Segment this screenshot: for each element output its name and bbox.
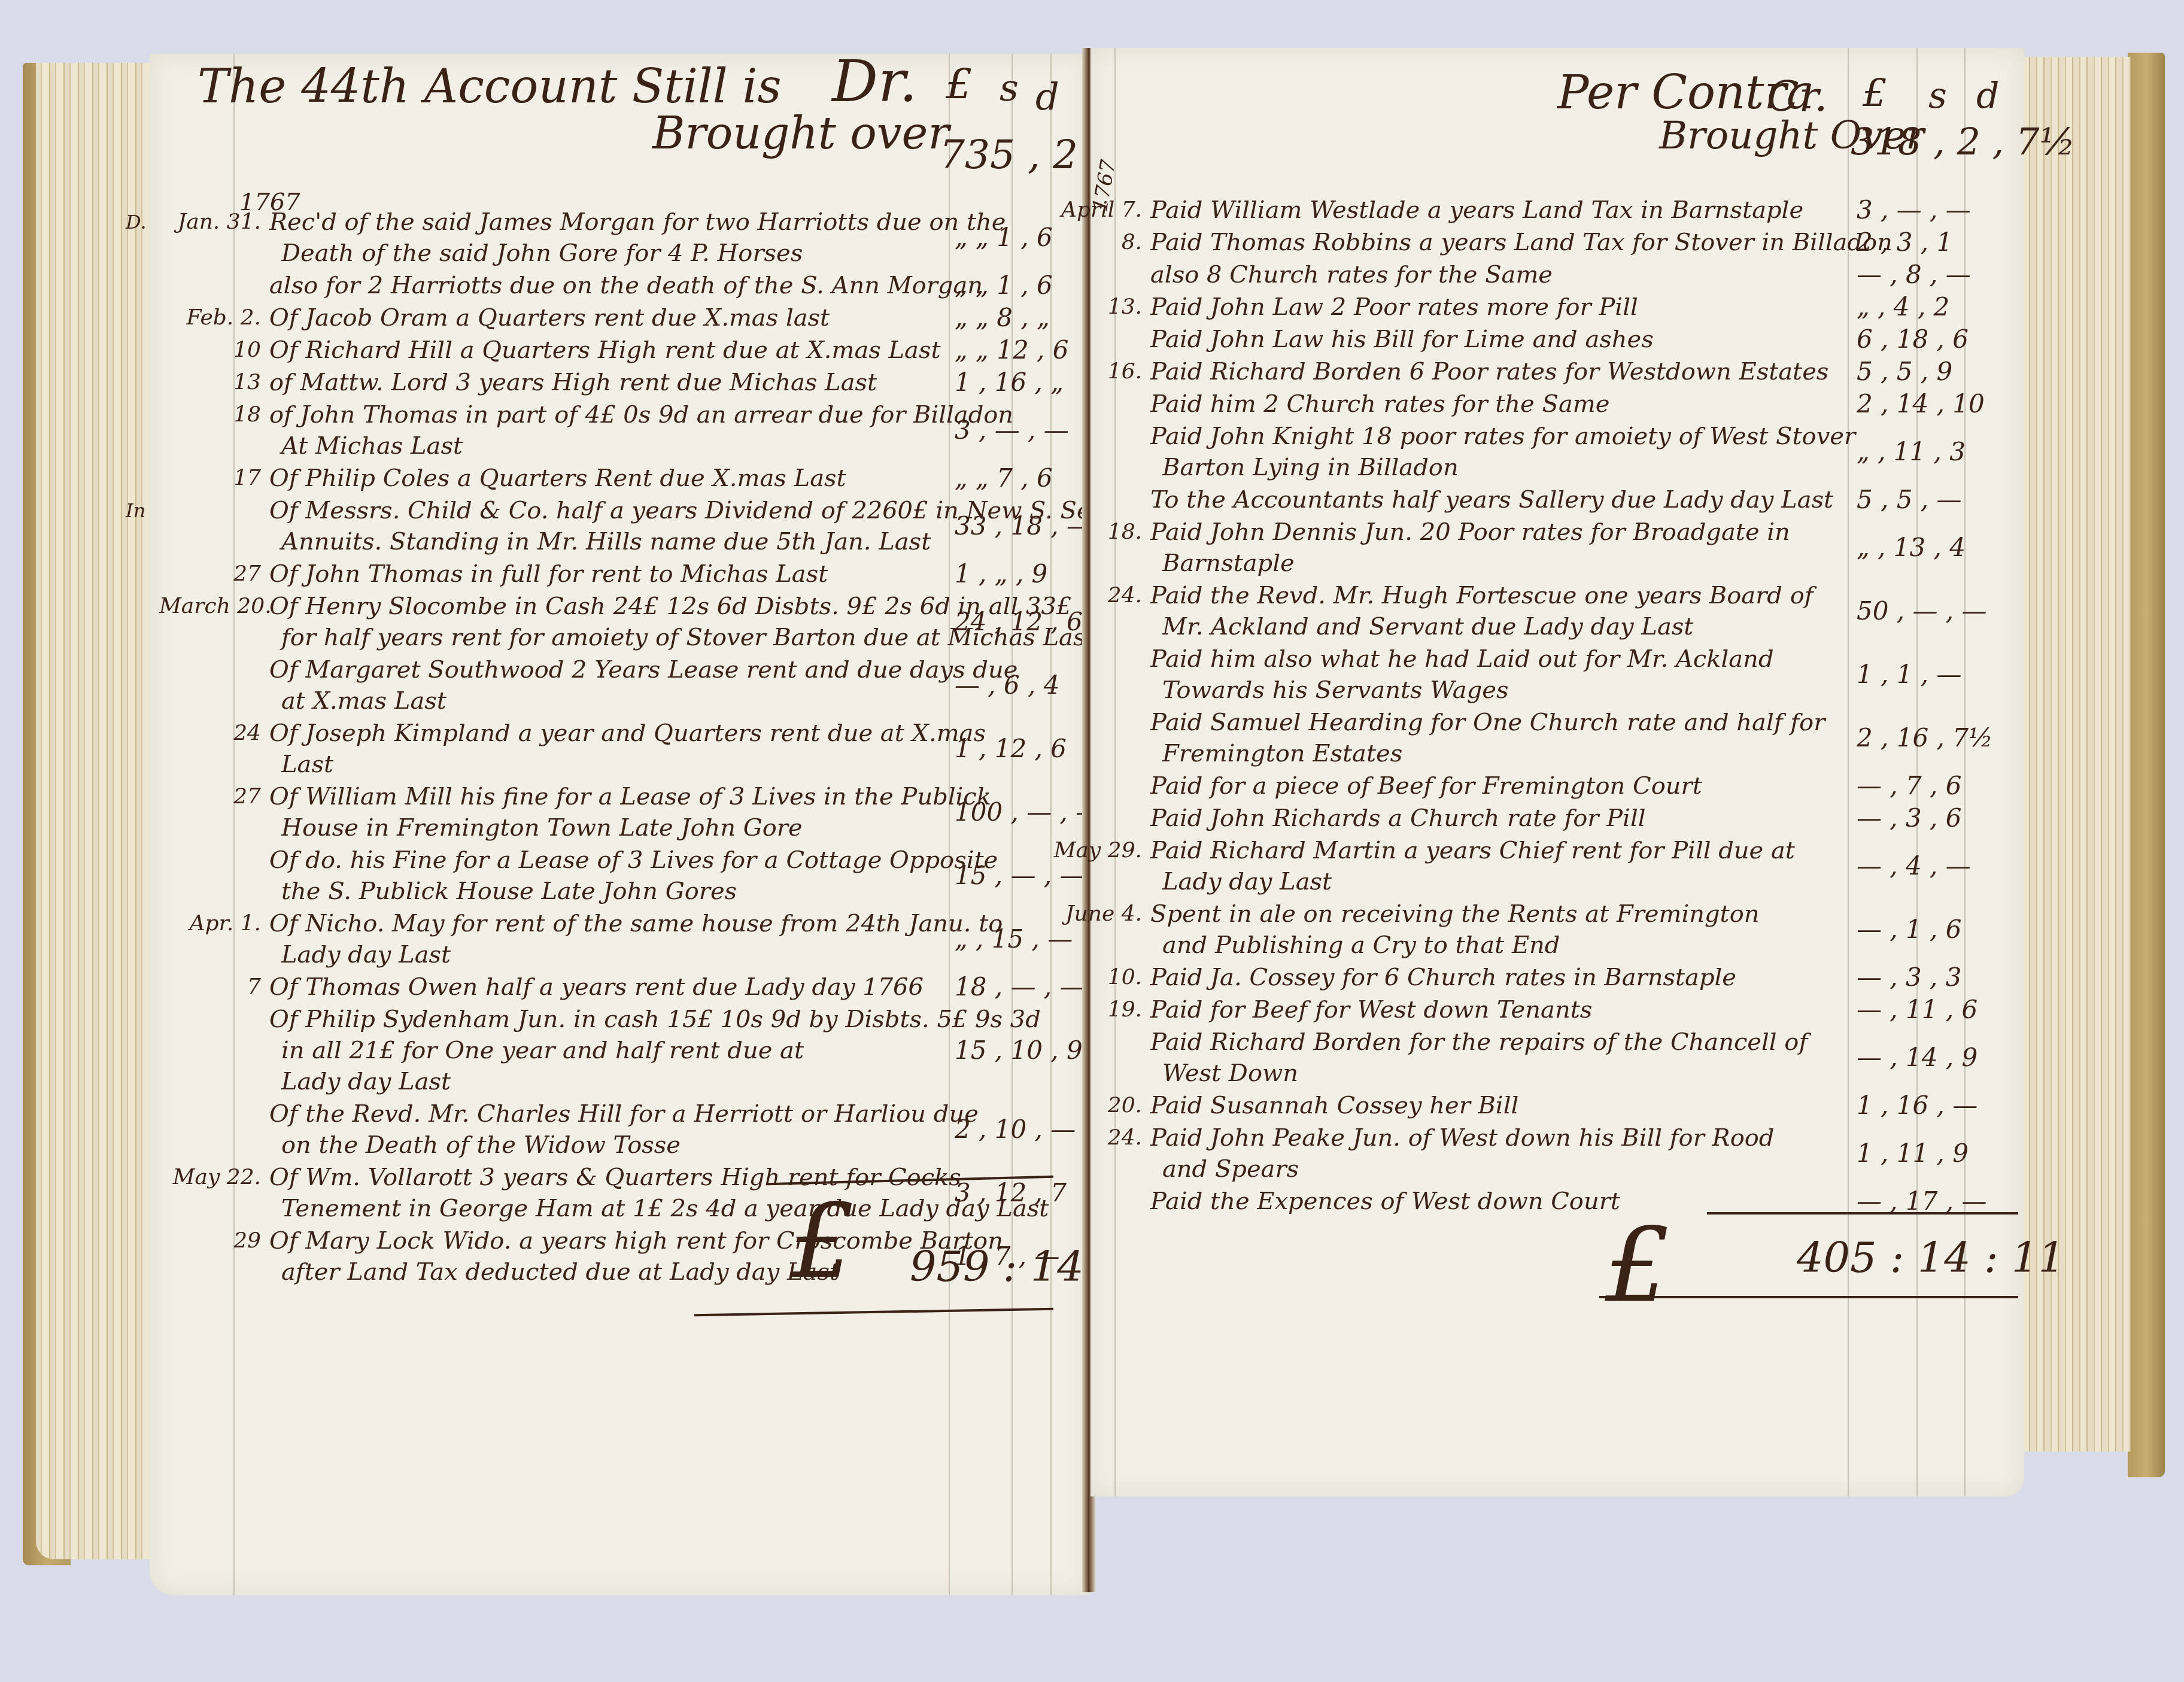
entry-date: 18. — [1040, 517, 1142, 548]
entry-amount: 1 , 11 , 9 — [1857, 1138, 1969, 1169]
entry-description-line: in all 21£ for One year and half rent du… — [281, 1035, 804, 1066]
entry-description-line: after Land Tax deducted due at Lady day … — [281, 1256, 839, 1288]
entry-amount: — , 3 , 6 — [1857, 803, 1962, 834]
entry-description-line: Barnstaple — [1162, 548, 1295, 579]
entry-description-line: Paid him also what he had Laid out for M… — [1150, 643, 1773, 675]
entry-description-line: Lady day Last — [281, 939, 451, 970]
ledger-page-left: The 44th Account Still is Dr. £ s d Brou… — [150, 54, 1089, 1595]
entry-amount: 5 , 5 , 9 — [1857, 356, 1952, 387]
entry-description-line: Barton Lying in Billadon — [1162, 452, 1459, 483]
entry-description-line: Paid John Law 2 Poor rates more for Pill — [1150, 292, 1638, 323]
entry-date: Jan. 31. — [159, 207, 261, 238]
entry-amount: 1 , 1 , — — [1857, 659, 1962, 690]
entry-date: 13. — [1040, 292, 1142, 323]
entry-amount: „ „ 1 , 6 — [955, 270, 1053, 301]
entry-description-line: on the Death of the Widow Tosse — [281, 1130, 681, 1161]
entry-description-line: Paid the Revd. Mr. Hugh Fortescue one ye… — [1150, 580, 1814, 611]
debit-label: Dr. — [832, 48, 918, 115]
margin-rule — [1114, 48, 1116, 1496]
entry-description-line: Mr. Ackland and Servant due Lady day Las… — [1162, 611, 1693, 642]
entry-amount: 1 , 16 , — — [1857, 1090, 1978, 1121]
entry-date: Apr. 1. — [159, 908, 261, 939]
brought-over-label: Brought over — [652, 108, 949, 159]
entry-date: April 7. — [1040, 195, 1142, 226]
entry-description-line: Annuits. Standing in Mr. Hills name due … — [281, 526, 931, 557]
entry-amount: 1 , „ , 9 — [955, 558, 1047, 590]
entry-description-line: Of Mary Lock Wido. a years high rent for… — [269, 1225, 1003, 1256]
margin-note: D. — [126, 207, 147, 238]
total-pound-symbol: £ — [790, 1191, 855, 1293]
entry-description-line: Paid for a piece of Beef for Fremington … — [1150, 770, 1702, 801]
entry-date: 29 — [159, 1225, 261, 1256]
entry-amount: 1 , 12 , 6 — [955, 733, 1067, 764]
entry-amount: 3 , — , — — [955, 415, 1069, 446]
entry-amount: 3 , 12 , 7 — [955, 1177, 1067, 1209]
entry-date: 24. — [1040, 580, 1142, 611]
entry-description-line: Last — [281, 749, 333, 780]
shillings-header: s — [1000, 66, 1019, 110]
entry-date: 16. — [1040, 356, 1142, 387]
entry-date: 24. — [1040, 1122, 1142, 1153]
entry-description-line: House in Fremington Town Late John Gore — [281, 812, 803, 843]
vellum-cover-right — [2128, 53, 2165, 1477]
entry-description-line: Paid John Law his Bill for Lime and ashe… — [1150, 324, 1654, 355]
entry-amount: „ , 13 , 4 — [1857, 532, 1966, 563]
entry-description-line: Spent in ale on receiving the Rents at F… — [1150, 898, 1760, 930]
entry-description-line: Paid Susannah Cossey her Bill — [1150, 1090, 1518, 1121]
entry-description-line: To the Accountants half years Sallery du… — [1150, 484, 1833, 515]
entry-description-line: Of Philip Coles a Quarters Rent due X.ma… — [269, 463, 846, 494]
entry-amount: — , 3 , 3 — [1857, 962, 1962, 993]
entry-date: 18 — [159, 399, 261, 430]
entry-description-line: Towards his Servants Wages — [1162, 675, 1509, 706]
entry-description-line: Of John Thomas in full for rent to Micha… — [269, 558, 828, 590]
entry-description-line: Of Margaret Southwood 2 Years Lease rent… — [269, 654, 1017, 685]
entry-amount: 2 , 16 , 7½ — [1857, 722, 1993, 754]
entry-description-line: Paid Richard Borden for the repairs of t… — [1150, 1027, 1808, 1058]
entry-description-line: Of William Mill his fine for a Lease of … — [269, 781, 991, 812]
entry-date: 27 — [159, 781, 261, 812]
total-pound-symbol: £ — [1605, 1215, 1670, 1317]
entry-amount: — , 11 , 6 — [1857, 994, 1978, 1025]
entry-description-line: Of Thomas Owen half a years rent due Lad… — [269, 971, 924, 1003]
entry-description-line: Paid Thomas Robbins a years Land Tax for… — [1150, 227, 1893, 258]
entry-date: 19. — [1040, 994, 1142, 1025]
entry-date: June 4. — [1040, 898, 1142, 930]
entry-description-line: Death of the said John Gore for 4 P. Hor… — [281, 238, 803, 269]
entry-description-line: Paid the Expences of West down Court — [1150, 1186, 1620, 1217]
entry-description-line: Of Wm. Vollarott 3 years & Quarters High… — [269, 1162, 961, 1193]
entry-description-line: Paid John Peake Jun. of West down his Bi… — [1150, 1122, 1774, 1153]
pounds-header: £ — [946, 60, 973, 109]
total-rule-bottom — [1599, 1296, 2018, 1298]
account-title: The 44th Account Still is — [198, 60, 782, 114]
entry-date: 7 — [159, 971, 261, 1003]
entry-amount: — , 1 , 6 — [1857, 914, 1962, 945]
entry-description-line: Paid Richard Martin a years Chief rent f… — [1150, 835, 1795, 866]
entry-description-line: Lady day Last — [1162, 866, 1332, 897]
entry-date: May 22. — [159, 1162, 261, 1193]
entry-date: 8. — [1040, 227, 1142, 258]
entry-date: 13 — [159, 367, 261, 398]
entry-description-line: Paid John Knight 18 poor rates for amoie… — [1150, 421, 1855, 452]
entry-date: 27 — [159, 558, 261, 590]
pence-header: d — [1976, 75, 1999, 117]
entry-description-line: and Spears — [1162, 1153, 1299, 1185]
entry-description-line: of Mattw. Lord 3 years High rent due Mic… — [269, 367, 877, 398]
entry-amount: — , 6 , 4 — [955, 670, 1060, 701]
entry-description-line: Paid him 2 Church rates for the Same — [1150, 388, 1609, 420]
entry-amount: 3 , — , — — [1857, 195, 1971, 226]
ledger-page-right: Per Contra Cr. £ s d Brought Over 318 , … — [1091, 48, 2024, 1496]
entry-description-line: of John Thomas in part of 4£ 0s 9d an ar… — [269, 399, 1013, 430]
total-rule-bottom — [694, 1308, 1053, 1316]
entry-date: 17 — [159, 463, 261, 494]
entry-description-line: at X.mas Last — [281, 685, 446, 716]
entry-amount: — , 7 , 6 — [1857, 770, 1962, 801]
entry-description-line: Of Joseph Kimpland a year and Quarters r… — [269, 718, 986, 749]
entry-description-line: Of Jacob Oram a Quarters rent due X.mas … — [269, 302, 830, 333]
entry-amount: 2 , 14 , 10 — [1857, 388, 1985, 420]
entry-date: Feb. 2. — [159, 302, 261, 333]
entry-amount: 5 , 5 , — — [1857, 484, 1962, 515]
entry-date: 24 — [159, 718, 261, 749]
entry-amount: — , 14 , 9 — [1857, 1042, 1978, 1073]
entry-description-line: Paid for Beef for West down Tenants — [1150, 994, 1592, 1025]
shillings-header: s — [1928, 75, 1947, 117]
entry-description-line: Fremington Estates — [1162, 738, 1402, 769]
entry-date: March 20. — [159, 591, 261, 622]
entry-date: May 29. — [1040, 835, 1142, 866]
entry-date: 10 — [159, 335, 261, 366]
entry-description-line: Paid William Westlade a years Land Tax i… — [1150, 195, 1803, 226]
entry-description-line: At Michas Last — [281, 430, 463, 462]
entry-amount: 100 , — , — — [955, 797, 1101, 828]
entry-amount: 50 , — , — — [1857, 596, 1987, 627]
entry-description-line: Paid Samuel Hearding for One Church rate… — [1150, 707, 1825, 738]
entry-description-line: Paid Ja. Cossey for 6 Church rates in Ba… — [1150, 962, 1736, 993]
pence-header: d — [1035, 75, 1059, 119]
entry-description-line: Paid Richard Borden 6 Poor rates for Wes… — [1150, 356, 1828, 387]
entry-amount: 15 , 10 , 9 — [955, 1035, 1083, 1066]
entry-description-line: the S. Publick House Late John Gores — [281, 876, 737, 907]
entry-description-line: Lady day Last — [281, 1066, 451, 1097]
entry-date: 20. — [1040, 1090, 1142, 1121]
entry-amount: „ , 4 , 2 — [1857, 292, 1949, 323]
page-edges-left — [36, 63, 156, 1559]
entry-description-line: Paid John Richards a Church rate for Pil… — [1150, 803, 1645, 834]
entry-amount: „ , 11 , 3 — [1857, 436, 1966, 467]
entry-description-line: Of do. his Fine for a Lease of 3 Lives f… — [269, 845, 998, 876]
total-rule-top — [1707, 1212, 2018, 1215]
entry-amount: — , 8 , — — [1857, 259, 1971, 290]
credit-total: 405 : 14 : 11 — [1797, 1233, 2065, 1282]
entry-description-line: Tenement in George Ham at 1£ 2s 4d a yea… — [281, 1193, 1049, 1224]
entry-amount: 6 , 18 , 6 — [1857, 324, 1969, 355]
entry-description-line: also 8 Church rates for the Same — [1150, 259, 1553, 290]
entry-description-line: and Publishing a Cry to that End — [1162, 930, 1560, 961]
margin-note: In — [126, 495, 145, 526]
entry-description-line: Of Richard Hill a Quarters High rent due… — [269, 335, 941, 366]
pounds-header: £ — [1863, 72, 1887, 116]
entry-description-line: also for 2 Harriotts due on the death of… — [269, 270, 983, 301]
brought-over-amount: 318 , 2 , 7½ — [1851, 120, 2076, 163]
entry-description-line: Of the Revd. Mr. Charles Hill for a Herr… — [269, 1098, 979, 1130]
entry-date: 10. — [1040, 962, 1142, 993]
entry-amount: 2 , 3 , 1 — [1857, 227, 1952, 258]
entry-description-line: Of Philip Sydenham Jun. in cash 15£ 10s … — [269, 1004, 1041, 1035]
entry-description-line: Rec'd of the said James Morgan for two H… — [269, 207, 1006, 238]
entry-amount: „ „ 1 , 6 — [955, 222, 1053, 253]
entry-description-line: Of Nicho. May for rent of the same house… — [269, 908, 1003, 939]
margin-rule — [233, 54, 235, 1595]
entry-amount: „ „ 8 , „ — [955, 302, 1050, 333]
entry-description-line: West Down — [1162, 1058, 1298, 1089]
entry-description-line: Paid John Dennis Jun. 20 Poor rates for … — [1150, 517, 1790, 548]
entry-amount: „ „ 7 , 6 — [955, 463, 1053, 494]
entry-amount: — , 4 , — — [1857, 851, 1971, 882]
